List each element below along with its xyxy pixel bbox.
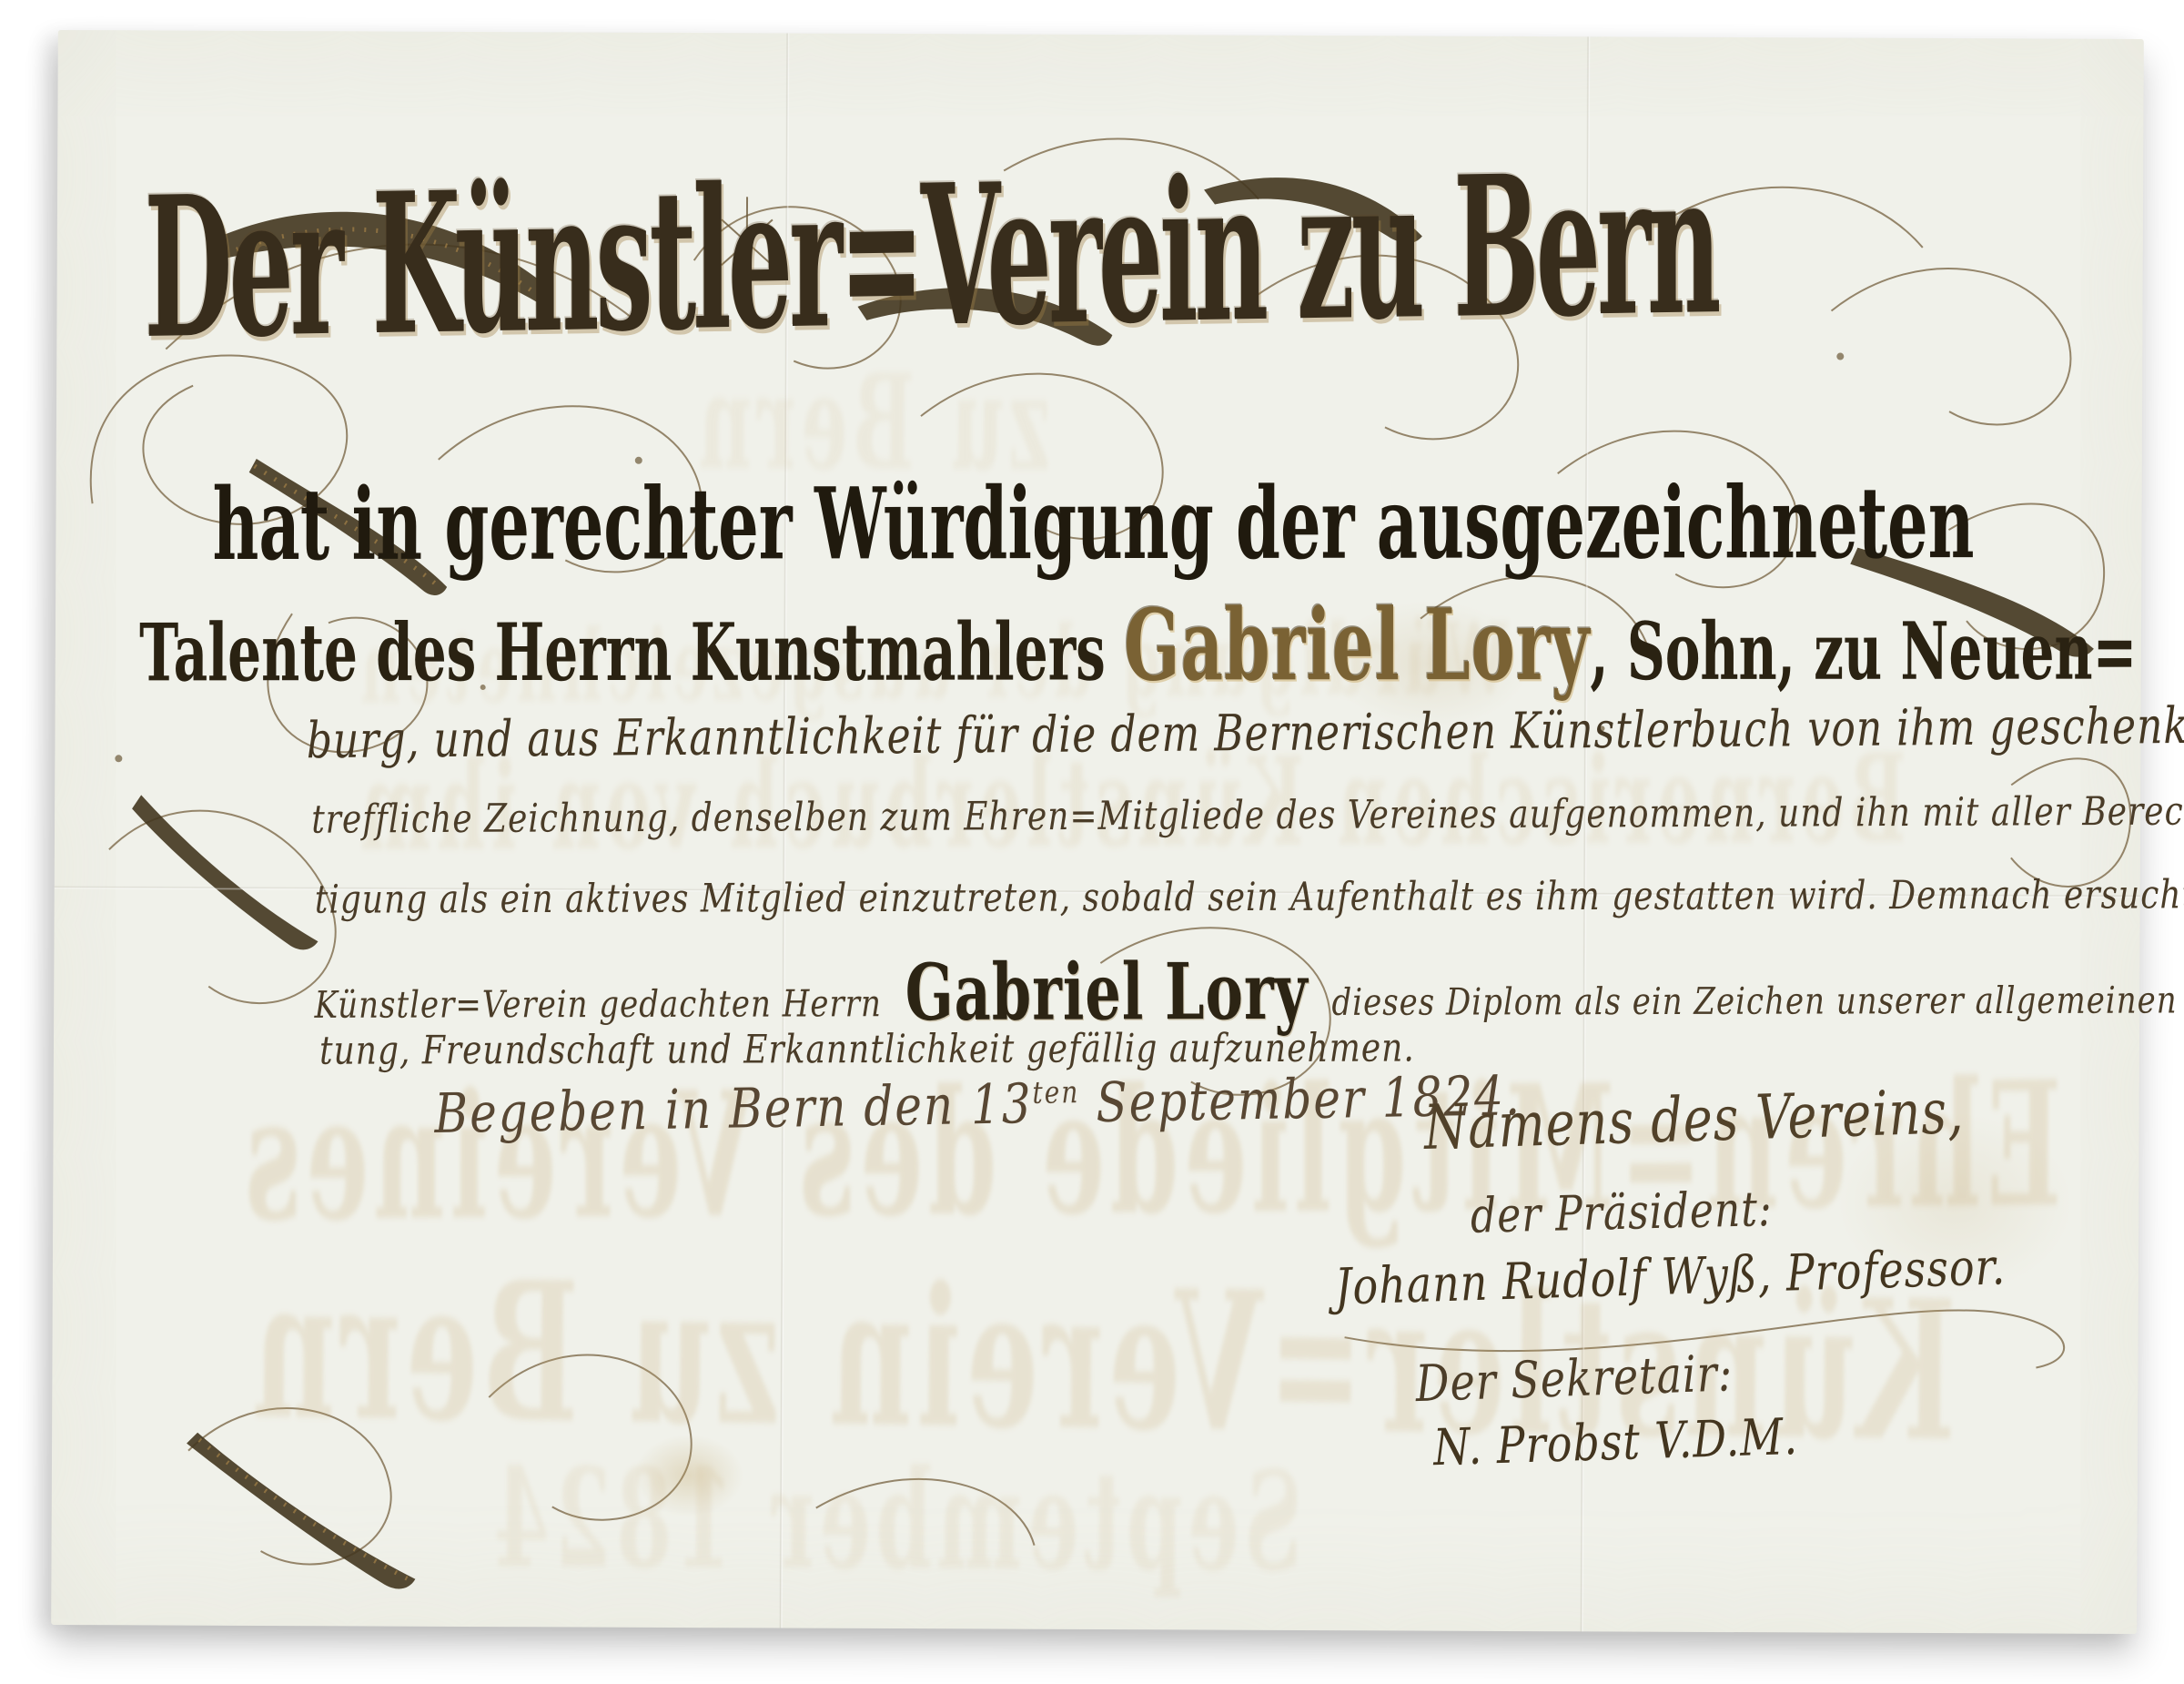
body-line-3: Künstler=Verein gedachten Herrn Gabriel …: [314, 949, 2184, 1034]
president-label: der Präsident:: [1470, 1182, 1773, 1244]
ink-bleedthrough: September 1824: [488, 1437, 1302, 1602]
body-line-2: tigung als ein aktives Mitglied einzutre…: [315, 873, 2184, 923]
body-line-3-suffix: dieses Diplom als ein Zeichen unserer al…: [1321, 979, 2184, 1025]
heading-line-3-suffix: , Sohn, zu Neuen=: [1590, 604, 2137, 698]
secretary-label: Der Sekretair:: [1415, 1344, 1734, 1414]
body-line-1: treffliche Zeichnung, denselben zum Ehre…: [311, 789, 2184, 842]
diploma-title: Der Künstler=Verein zu Bern: [144, 132, 1717, 383]
dateline-pre: Begeben in Bern den 13: [434, 1072, 1033, 1145]
heading-line-2: hat in gerechter Würdigung der ausgezeic…: [212, 464, 1974, 583]
honoree-name-fraktur: Gabriel Lory: [893, 946, 1321, 1039]
honoree-name-ornate: Gabriel Lory: [1124, 586, 1591, 703]
secretary-signature: N. Probst V.D.M.: [1432, 1406, 1799, 1476]
heading-line-3: Talente des Herrn Kunstmahlers Gabriel L…: [139, 585, 2137, 703]
body-line-3-prefix: Künstler=Verein gedachten Herrn: [314, 982, 892, 1028]
dateline-ordinal: ten: [1032, 1074, 1080, 1111]
diploma-paper-sheet: zu Bern Würdigung der ausgezeichneten Be…: [51, 30, 2144, 1634]
photograph-background: { "palette": { "background": "#ffffff", …: [0, 0, 2184, 1684]
heading-line-3-prefix: Talente des Herrn Kunstmahlers: [139, 605, 1124, 699]
body-line-4: tung, Freundschaft und Erkanntlichkeit g…: [319, 1026, 1415, 1073]
